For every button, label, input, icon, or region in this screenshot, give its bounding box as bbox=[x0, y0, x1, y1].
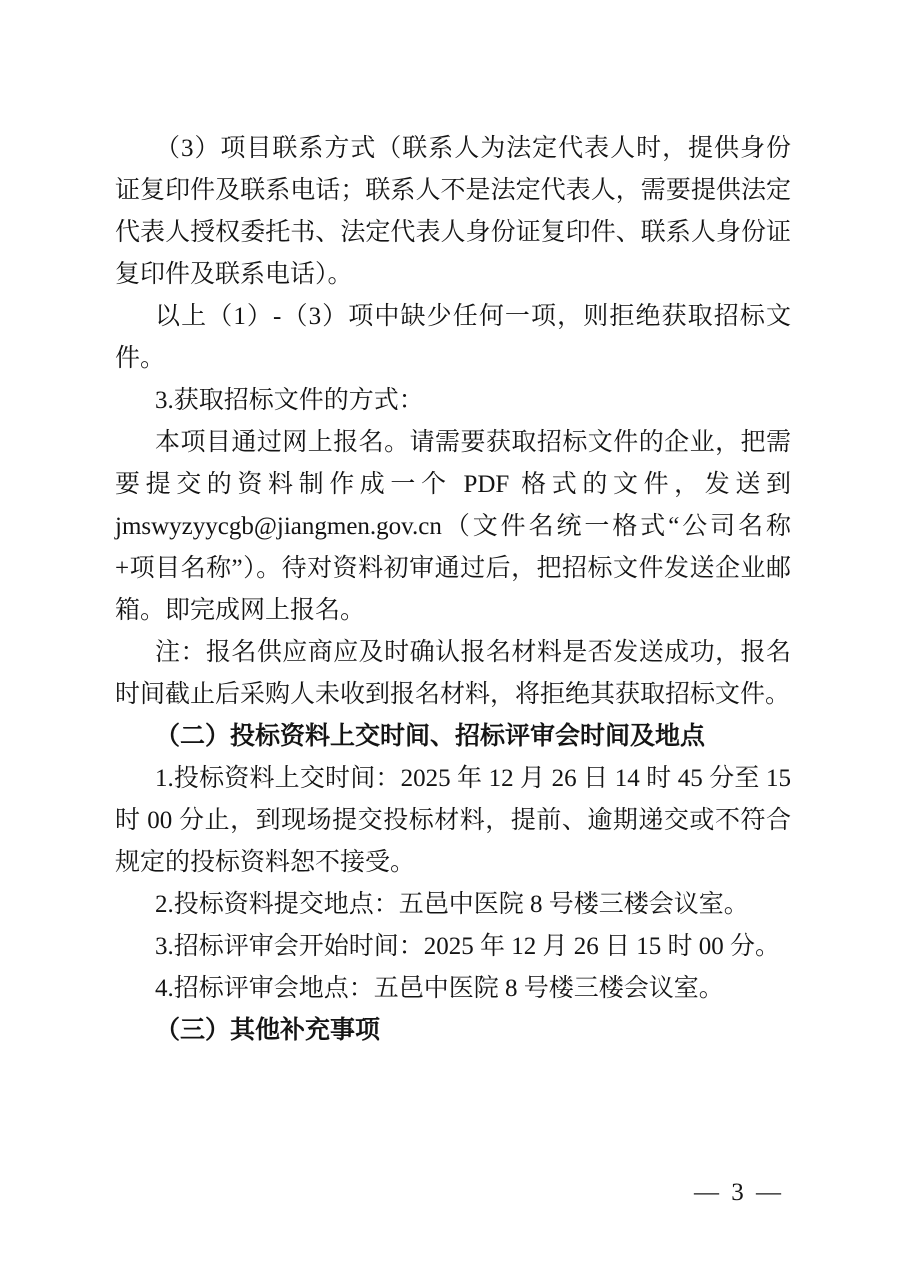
paragraph-review-meeting-start-time: 3.招标评审会开始时间：2025 年 12 月 26 日 15 时 00 分。 bbox=[115, 926, 791, 968]
paragraph-review-meeting-place: 4.招标评审会地点：五邑中医院 8 号楼三楼会议室。 bbox=[115, 968, 791, 1010]
document-body: （3）项目联系方式（联系人为法定代表人时，提供身份证复印件及联系电话；联系人不是… bbox=[115, 128, 791, 1052]
page-number: — 3 — bbox=[694, 1178, 784, 1208]
paragraph-missing-item-rejection: 以上（1）-（3）项中缺少任何一项，则拒绝获取招标文件。 bbox=[115, 296, 791, 380]
heading-section-3-other-supplementary-matters: （三）其他补充事项 bbox=[115, 1010, 791, 1052]
paragraph-online-registration-instructions: 本项目通过网上报名。请需要获取招标文件的企业，把需要提交的资料制作成一个 PDF… bbox=[115, 422, 791, 632]
heading-section-2-submission-and-review: （二）投标资料上交时间、招标评审会时间及地点 bbox=[115, 716, 791, 758]
paragraph-bid-submission-place: 2.投标资料提交地点：五邑中医院 8 号楼三楼会议室。 bbox=[115, 884, 791, 926]
paragraph-registration-note: 注：报名供应商应及时确认报名材料是否发送成功，报名时间截止后采购人未收到报名材料… bbox=[115, 632, 791, 716]
paragraph-bid-submission-time: 1.投标资料上交时间：2025 年 12 月 26 日 14 时 45 分至 1… bbox=[115, 758, 791, 884]
paragraph-obtain-bid-docs-method-title: 3.获取招标文件的方式： bbox=[115, 380, 791, 422]
paragraph-project-contact-method: （3）项目联系方式（联系人为法定代表人时，提供身份证复印件及联系电话；联系人不是… bbox=[115, 128, 791, 296]
scanned-document-page: （3）项目联系方式（联系人为法定代表人时，提供身份证复印件及联系电话；联系人不是… bbox=[0, 0, 900, 1271]
